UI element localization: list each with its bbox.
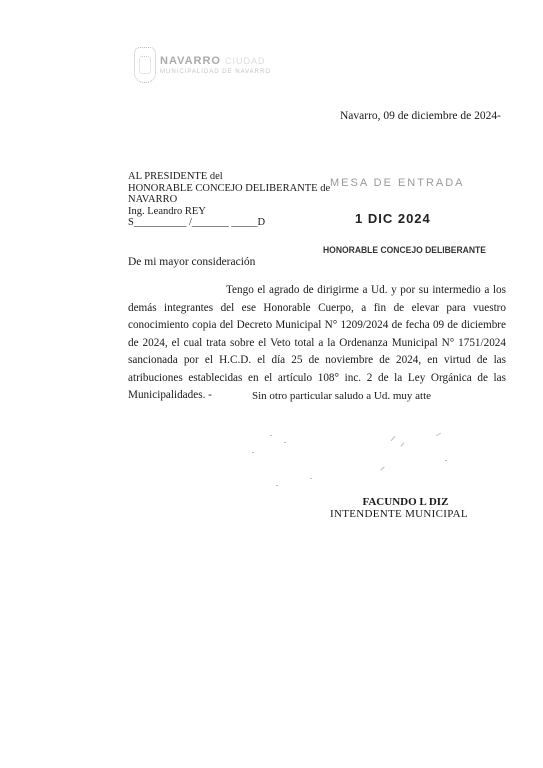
letterhead-subtitle: MUNICIPALIDAD DE NAVARRO xyxy=(160,69,271,75)
recipient-line: Ing. Leandro REY xyxy=(128,206,330,218)
recipient-line: NAVARRO xyxy=(128,194,330,206)
recipient-line: AL PRESIDENTE del xyxy=(128,171,330,183)
signer-title: INTENDENTE MUNICIPAL xyxy=(330,508,468,520)
recipient-line: S__________ /_______ _____D xyxy=(128,217,330,229)
reception-stamp-footer: HONORABLE CONCEJO DELIBERANTE xyxy=(323,245,486,255)
coat-of-arms-icon xyxy=(134,47,156,83)
reception-stamp-date: 1 DIC 2024 xyxy=(355,211,431,226)
date-line: Navarro, 09 de diciembre de 2024- xyxy=(340,110,501,122)
closing-line: Sin otro particular saludo a Ud. muy att… xyxy=(252,390,431,402)
signature-block: FACUNDO L DIZ INTENDENTE MUNICIPAL xyxy=(343,496,468,520)
signer-name: FACUNDO L DIZ xyxy=(343,496,468,508)
greeting: De mi mayor consideración xyxy=(128,256,255,268)
body-paragraph: Tengo el agrado de dirigirme a Ud. y por… xyxy=(128,282,506,405)
body-text: Tengo el agrado de dirigirme a Ud. y por… xyxy=(128,284,506,401)
letterhead-name: NAVARROCIUDAD xyxy=(160,55,266,67)
reception-stamp-header: MESA DE ENTRADA xyxy=(330,177,465,189)
recipient-block: AL PRESIDENTE del HONORABLE CONCEJO DELI… xyxy=(128,171,330,229)
recipient-line: HONORABLE CONCEJO DELIBERANTE de xyxy=(128,183,330,195)
signature-mark xyxy=(240,430,460,500)
